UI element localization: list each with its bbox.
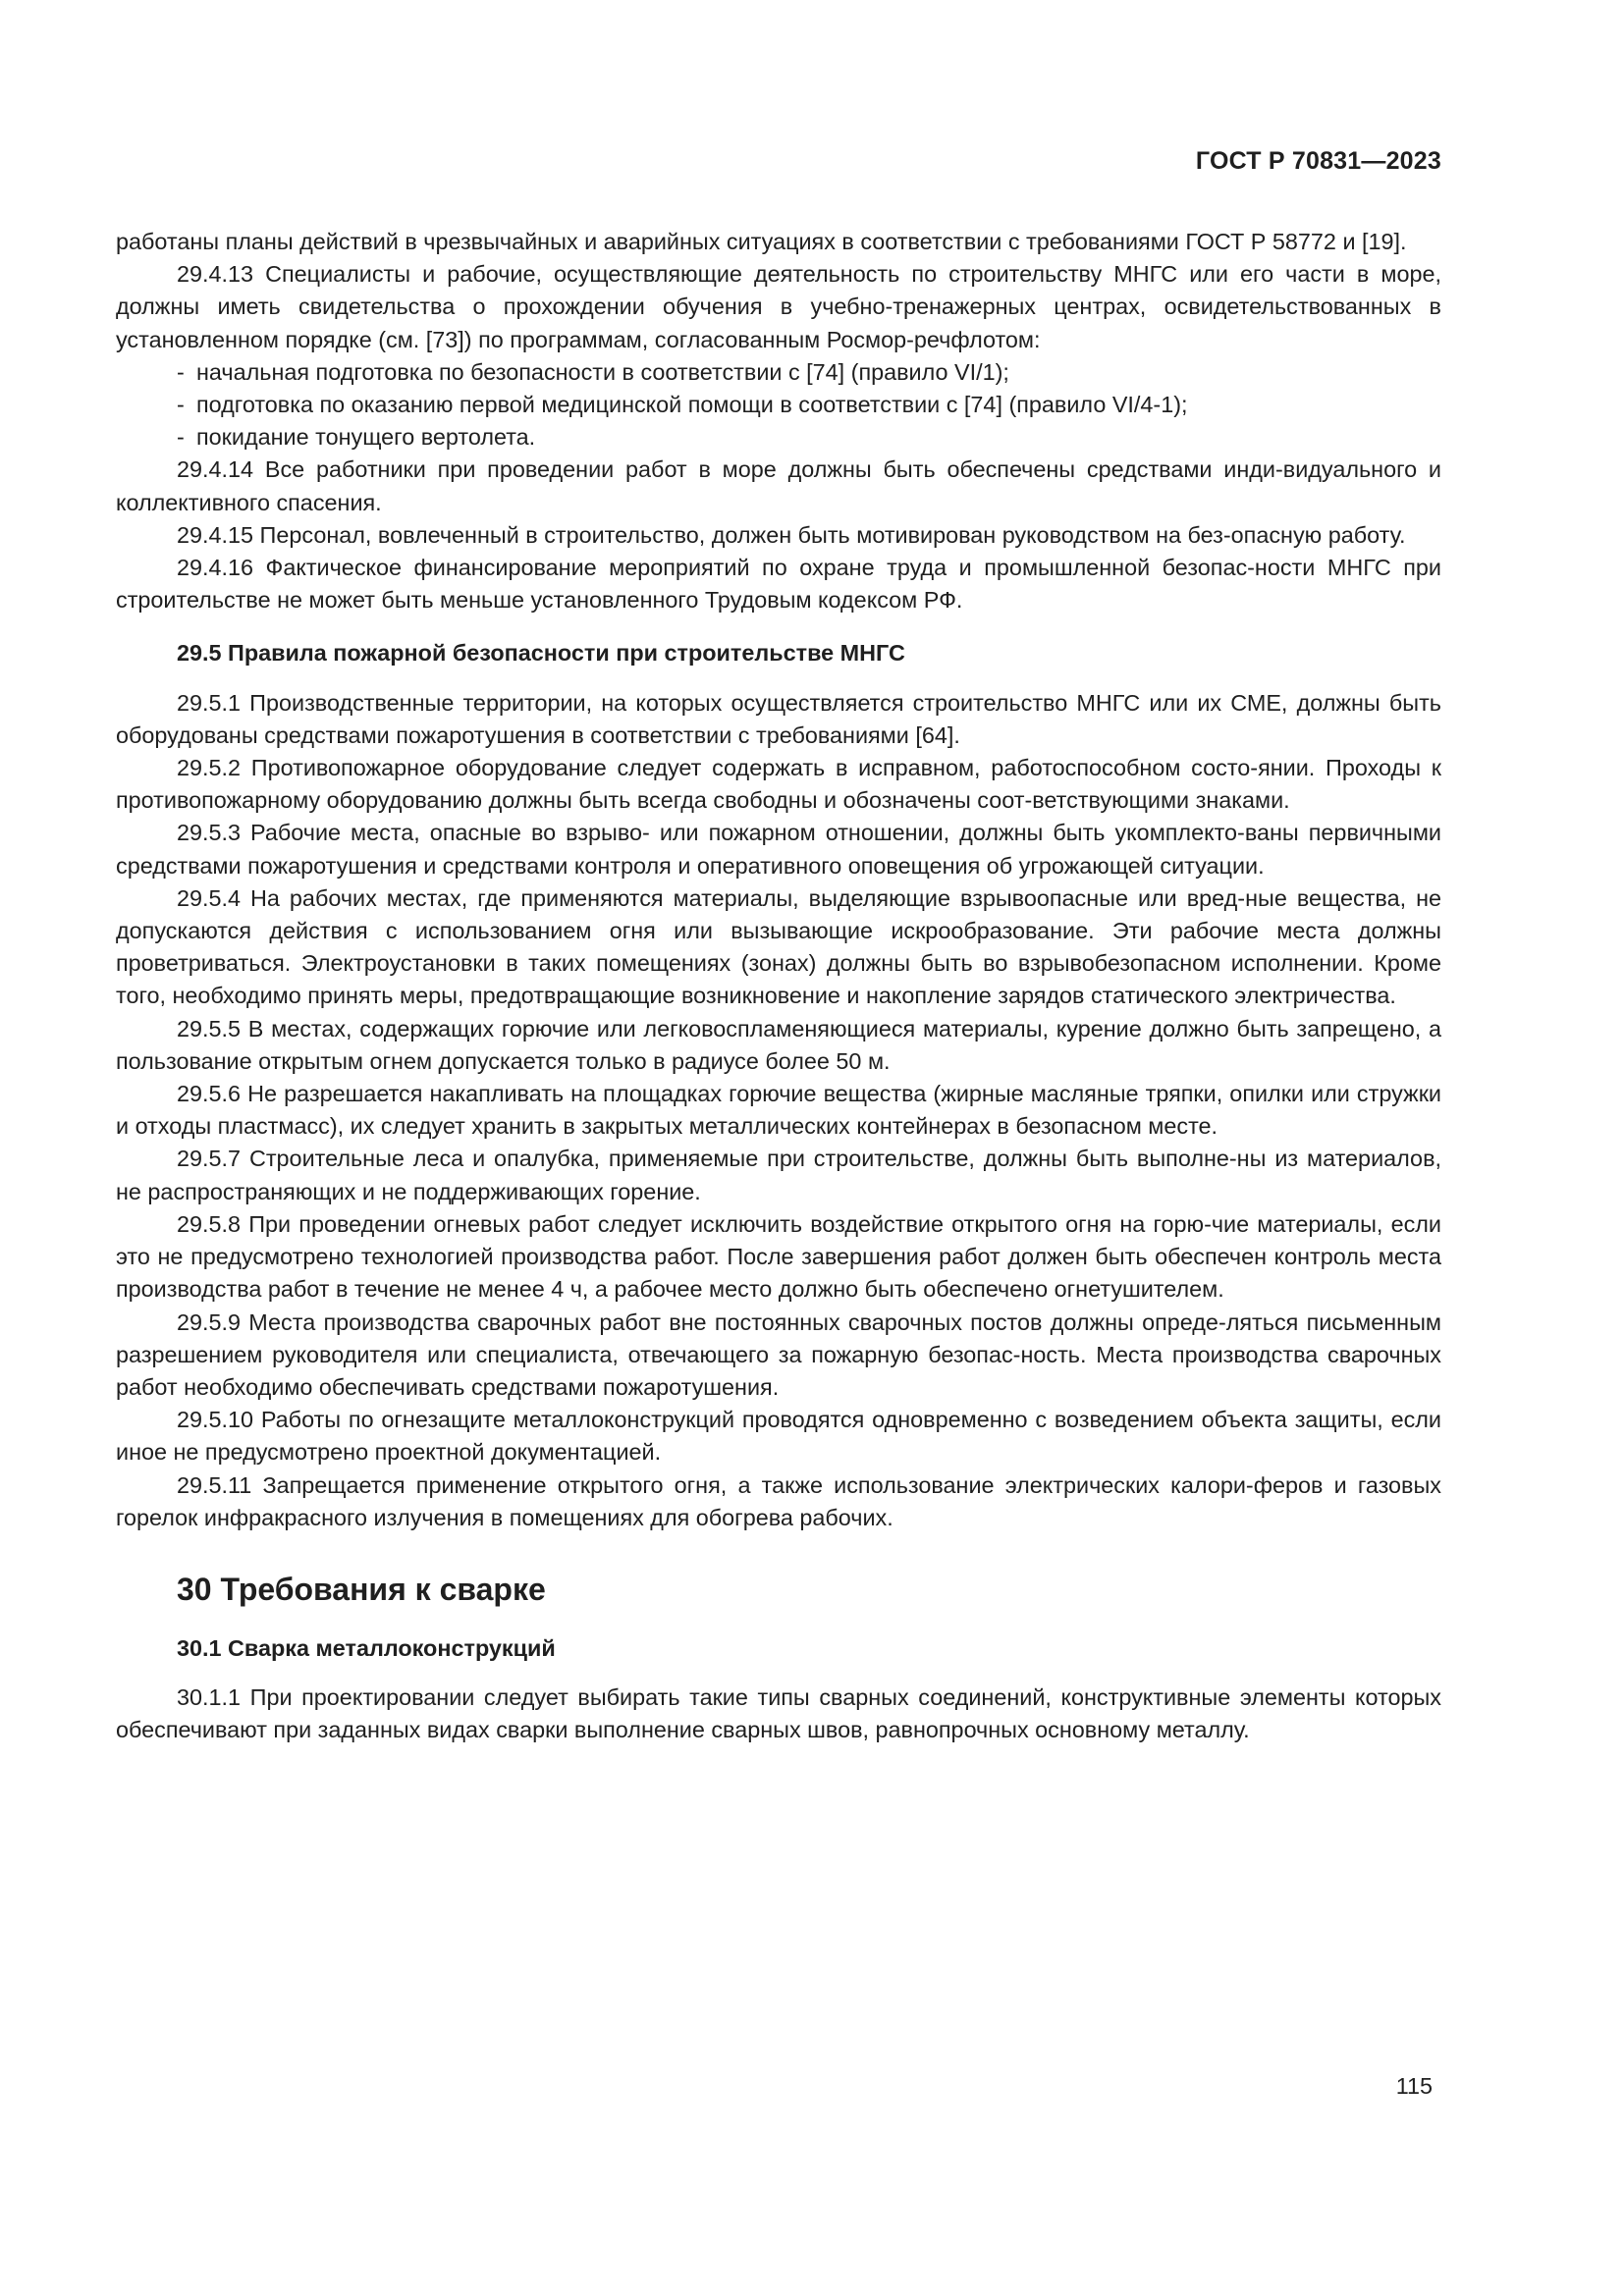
list-dash: - <box>177 389 196 421</box>
list-dash: - <box>177 421 196 454</box>
page-number: 115 <box>1396 2073 1433 2100</box>
clause-29-5-9: 29.5.9 Места производства сварочных рабо… <box>116 1307 1441 1405</box>
clause-29-5-4: 29.5.4 На рабочих местах, где применяютс… <box>116 882 1441 1013</box>
clause-30-1-1: 30.1.1 При проектировании следует выбира… <box>116 1682 1441 1746</box>
list-item: -покидание тонущего вертолета. <box>116 421 1441 454</box>
document-designation: ГОСТ Р 70831—2023 <box>1196 147 1441 176</box>
list-dash: - <box>177 356 196 389</box>
clause-29-5-11: 29.5.11 Запрещается применение открытого… <box>116 1469 1441 1534</box>
page-body: работаны планы действий в чрезвычайных и… <box>116 226 1441 1747</box>
clause-29-5-6: 29.5.6 Не разрешается накапливать на пло… <box>116 1078 1441 1143</box>
clause-29-5-7: 29.5.7 Строительные леса и опалубка, при… <box>116 1143 1441 1207</box>
chapter-heading-30: 30 Требования к сварке <box>116 1570 1441 1609</box>
clause-29-5-10: 29.5.10 Работы по огнезащите металлоконс… <box>116 1404 1441 1468</box>
clause-29-5-8: 29.5.8 При проведении огневых работ след… <box>116 1208 1441 1307</box>
clause-29-5-2: 29.5.2 Противопожарное оборудование след… <box>116 752 1441 817</box>
clause-29-4-14: 29.4.14 Все работники при проведении раб… <box>116 454 1441 518</box>
section-heading-29-5: 29.5 Правила пожарной безопасности при с… <box>116 637 1441 669</box>
clause-29-5-5: 29.5.5 В местах, содержащих горючие или … <box>116 1013 1441 1078</box>
clause-29-5-3: 29.5.3 Рабочие места, опасные во взрыво-… <box>116 817 1441 881</box>
clause-29-4-16: 29.4.16 Фактическое финансирование мероп… <box>116 552 1441 616</box>
section-heading-30-1: 30.1 Сварка металлоконструкций <box>116 1632 1441 1665</box>
list-item: -начальная подготовка по безопасности в … <box>116 356 1441 389</box>
clause-29-4-15: 29.4.15 Персонал, вовлеченный в строител… <box>116 519 1441 552</box>
paragraph-continuation: работаны планы действий в чрезвычайных и… <box>116 226 1441 258</box>
list-item: -подготовка по оказанию первой медицинск… <box>116 389 1441 421</box>
clause-29-4-13: 29.4.13 Специалисты и рабочие, осуществл… <box>116 258 1441 356</box>
clause-29-5-1: 29.5.1 Производственные территории, на к… <box>116 687 1441 752</box>
